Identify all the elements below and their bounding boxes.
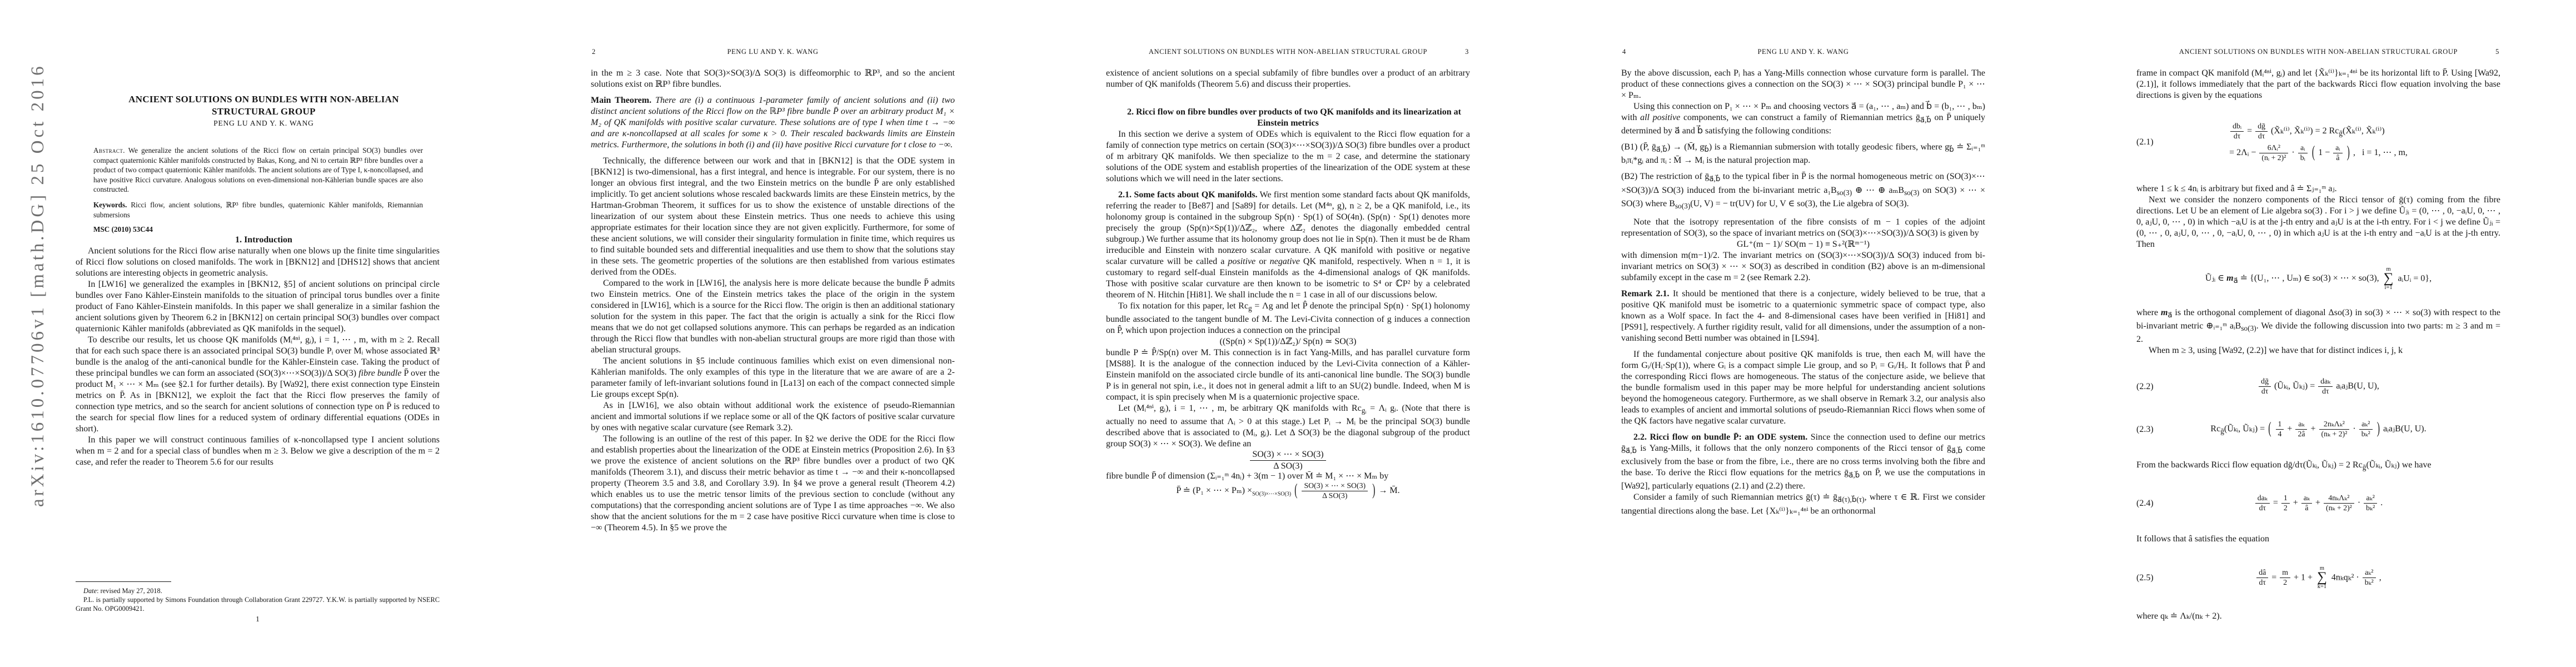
equation-pbar-definition: P̄ ≐ (P₁ × ⋯ × Pₘ) ×SO(3)×⋯×SO(3) ( SO(3… (1106, 482, 1470, 500)
paragraph: To fix notation for this paper, let Rcg … (1106, 301, 1470, 336)
paragraph: with dimension m(m−1)/2. The invariant m… (1621, 250, 1985, 283)
paragraph: Next we consider the nonzero components … (2136, 195, 2500, 250)
paragraph: To describe our results, let us choose Q… (76, 335, 440, 435)
equation-2-5: (2.5) dâdτ = m2 + 1 + m∑k=1 4nₖqₖ² · aₖ²… (2136, 563, 2500, 594)
keywords: Keywords. Ricci flow, ancient solutions,… (93, 200, 423, 220)
fraction: aₖâ (2301, 494, 2312, 512)
abstract-label: Abstract. (93, 146, 125, 155)
paragraph: Technically, the difference between our … (591, 156, 955, 278)
fraction: aₖ2â (2295, 420, 2307, 439)
fraction: dâdτ (2256, 569, 2268, 587)
page-number: 2 (592, 48, 596, 56)
paragraph: where ma⃗ is the orthogonal complement o… (2136, 307, 2500, 345)
paper-title-line-1: ANCIENT SOLUTIONS ON BUNDLES WITH NON-AB… (76, 93, 440, 106)
tensor-subscript: SO(3)×⋯×SO(3) (1252, 491, 1291, 497)
page-1: arXiv:1610.07706v1 [math.DG] 25 Oct 2016… (0, 0, 515, 667)
remark-label: Remark 2.1. (1621, 289, 1669, 298)
running-head: PENG LU AND Y. K. WANG 4 (1621, 48, 1985, 58)
paragraph: As in [LW16], we also obtain without add… (591, 400, 955, 434)
page-number: 1 (76, 615, 440, 624)
arxiv-paper-spread: { "watermark": "arXiv:1610.07706v1 [math… (0, 0, 2576, 667)
equation-number: (2.2) (2136, 381, 2154, 392)
fraction: 14 (2276, 420, 2284, 439)
theorem-label: Main Theorem. (591, 96, 651, 105)
paper-authors: PENG LU AND Y. K. WANG (76, 118, 440, 129)
arxiv-watermark: arXiv:1610.07706v1 [math.DG] 25 Oct 2016 (28, 63, 48, 507)
page-2-content: in the m ≥ 3 case. Note that SO(3)×SO(3)… (591, 68, 955, 534)
paragraph: By the above discussion, each Pᵢ has a Y… (1621, 68, 1985, 101)
condition-b2: (B2) The restriction of ḡa⃗,b⃗ to the ty… (1621, 171, 1985, 212)
paragraph: Using this connection on P₁ × ⋯ × Pₘ and… (1621, 101, 1985, 137)
running-head-title: PENG LU AND Y. K. WANG (591, 48, 955, 56)
equation-2-1: (2.1) dbᵢdτ = dḡdτ (X̃ₖ⁽ⁱ⁾, X̃ₖ⁽ⁱ⁾) = 2 … (2136, 119, 2500, 166)
equation-number: (2.5) (2136, 573, 2154, 584)
page-3-content: existence of ancient solutions on a spec… (1106, 68, 1470, 500)
paragraph: In [LW16] we generalized the examples in… (76, 279, 440, 335)
keywords-label: Keywords. (93, 201, 127, 209)
footnote-date: Date: revised May 27, 2018. (76, 586, 440, 595)
paragraph: frame in compact QK manifold (Mᵢ⁴ⁿⁱ, gᵢ)… (2136, 68, 2500, 101)
paragraph: If the fundamental conjecture about posi… (1621, 349, 1985, 427)
keywords-text: Ricci flow, ancient solutions, ℝP³ fibre… (93, 201, 423, 219)
running-head: ANCIENT SOLUTIONS ON BUNDLES WITH NON-AB… (2136, 48, 2500, 58)
fraction: aᵢbᵢ (2298, 144, 2308, 162)
footnote: Date: revised May 27, 2018. P.L. is part… (76, 578, 440, 614)
fraction: 6Λᵢ²(nᵢ + 2)² (2259, 144, 2288, 162)
fraction: 4nₖΛₖ²(nₖ + 2)² (2324, 494, 2354, 512)
fraction: 2nₖΛₖ²(nₖ + 2)² (2319, 420, 2350, 439)
paragraph: Note that the isotropy representation of… (1621, 217, 1985, 239)
fraction: dḡdτ (2255, 122, 2268, 141)
equation-number: (2.1) (2136, 137, 2154, 148)
paragraph: existence of ancient solutions on a spec… (1106, 68, 1470, 90)
fraction: aᵢâ (2333, 144, 2342, 162)
section-heading-ricci-flow: 2. Ricci flow on fibre bundles over prod… (1106, 107, 1470, 129)
page-2: PENG LU AND Y. K. WANG 2 in the m ≥ 3 ca… (515, 0, 1030, 667)
page-number: 4 (1622, 48, 1626, 56)
fraction: SO(3) × ⋯ × SO(3)Δ SO(3) (1302, 482, 1368, 500)
equation-number: (2.3) (2136, 424, 2154, 435)
abstract: Abstract. We generalize the ancient solu… (93, 146, 423, 195)
page-5-content: frame in compact QK manifold (Mᵢ⁴ⁿⁱ, gᵢ)… (2136, 68, 2500, 622)
running-head: ANCIENT SOLUTIONS ON BUNDLES WITH NON-AB… (1106, 48, 1470, 58)
equation-number: (2.4) (2136, 498, 2154, 509)
running-head: PENG LU AND Y. K. WANG 2 (591, 48, 955, 58)
fraction: aₖ²bₖ² (2363, 569, 2376, 587)
paragraph: bundle P ≐ P̂/Sp(n) over M. This connect… (1106, 347, 1470, 403)
paragraph: Compared to the work in [LW16], the anal… (591, 278, 955, 356)
section-heading-introduction: 1. Introduction (76, 235, 440, 246)
paper-title-line-2: STRUCTURAL GROUP (76, 106, 440, 118)
paragraph: in the m ≥ 3 case. Note that SO(3)×SO(3)… (591, 68, 955, 90)
paragraph: From the backwards Ricci flow equation d… (2136, 460, 2500, 473)
paragraph: where 1 ≤ k ≤ 4nᵢ is arbitrary but fixed… (2136, 183, 2500, 195)
page-5: ANCIENT SOLUTIONS ON BUNDLES WITH NON-AB… (2061, 0, 2576, 667)
fraction: m2 (2280, 569, 2290, 587)
equation-gl-quotient: GL⁺(m − 1)/ SO(m − 1) ≡ S₊²(ℝᵐ⁻¹) (1621, 239, 1985, 250)
condition-b1: (B1) (P̄, ḡa⃗,b⃗) → (M̄, gb⃗) is a Riema… (1621, 142, 1985, 166)
page-3: ANCIENT SOLUTIONS ON BUNDLES WITH NON-AB… (1030, 0, 1546, 667)
paragraph: where qₖ ≐ Λₖ/(nₖ + 2). (2136, 611, 2500, 622)
abstract-text: We generalize the ancient solutions of t… (93, 146, 423, 193)
fraction: daₖdτ (2318, 377, 2333, 396)
fraction: aₖ²bₖ² (2364, 494, 2377, 512)
page-number: 3 (1465, 48, 1469, 56)
page-number: 5 (2495, 48, 2499, 56)
paragraph: Ancient solutions for the Ricci flow ari… (76, 246, 440, 279)
main-theorem: Main Theorem. There are (i) a continuous… (591, 95, 955, 151)
paragraph: fibre bundle P̄ of dimension (Σᵢ₌₁ᵐ 4nᵢ)… (1106, 471, 1470, 482)
fraction: dḡdτ (2259, 377, 2271, 396)
fraction: SO(3) × ⋯ × SO(3)Δ SO(3) (1250, 450, 1326, 471)
equation-2-3: (2.3) Rcḡ(Ũₖᵢ, Ũₖⱼ) = ( 14 + aₖ2â + 2nₖΛ… (2136, 417, 2500, 442)
paragraph: It follows that â satisfies the equation (2136, 534, 2500, 545)
fraction: 12 (2281, 494, 2290, 512)
paragraph: The following is an outline of the rest … (591, 434, 955, 534)
running-head-title: ANCIENT SOLUTIONS ON BUNDLES WITH NON-AB… (1106, 48, 1470, 56)
page-4: PENG LU AND Y. K. WANG 4 By the above di… (1546, 0, 2061, 667)
paragraph: Let (Mᵢ⁴ⁿⁱ, gᵢ), i = 1, ⋯ , m, be arbitr… (1106, 403, 1470, 450)
equation-mbar: Ũⱼᵢ ∈ ma⃗ ≐ {(U₁, ⋯ , Uₘ) ∈ so(3) × ⋯ × … (2136, 267, 2500, 291)
subsection-label: 2.1. Some facts about QK manifolds. (1118, 190, 1257, 200)
footnote-rule (76, 581, 171, 582)
sum-operator: m∑k=1 (2317, 566, 2327, 590)
running-head-title: ANCIENT SOLUTIONS ON BUNDLES WITH NON-AB… (2136, 48, 2500, 56)
page-1-content: ANCIENT SOLUTIONS ON BUNDLES WITH NON-AB… (76, 93, 440, 468)
paragraph: The ancient solutions in §5 include cont… (591, 356, 955, 400)
footnote-support: P.L. is partially supported by Simons Fo… (76, 595, 440, 613)
running-head-title: PENG LU AND Y. K. WANG (1621, 48, 1985, 56)
paragraph: When m ≥ 3, using [Wa92, (2.2)] we have … (2136, 345, 2500, 356)
remark-2-1: Remark 2.1. It should be mentioned that … (1621, 288, 1985, 344)
subsection-label: 2.2. Ricci flow on bundle P̄: an ODE sys… (1633, 432, 1807, 442)
paragraph: In this paper we will construct continuo… (76, 435, 440, 468)
fraction: dbᵢdτ (2230, 122, 2244, 141)
equation-fibre-quotient: SO(3) × ⋯ × SO(3)Δ SO(3) (1106, 450, 1470, 471)
paragraph: In this section we derive a system of OD… (1106, 129, 1470, 185)
fraction: daₖdτ (2255, 494, 2270, 512)
equation-2-2: (2.2) dḡdτ (Ũₖᵢ, Ũₖⱼ) = daₖdτ aᵢaⱼB(U, U… (2136, 374, 2500, 399)
sum-operator: m∑i=1 (2384, 267, 2394, 291)
equation-quotient: ((Sp(n) × Sp(1))/Δℤ₂)/ Sp(n) ≃ SO(3) (1106, 336, 1470, 347)
subsection-2-2: 2.2. Ricci flow on bundle P̄: an ODE sys… (1621, 432, 1985, 492)
msc-line: MSC (2010) 53C44 (93, 225, 423, 235)
paragraph: Consider a family of such Riemannian met… (1621, 492, 1985, 516)
fraction: aₖ²bₖ² (2359, 420, 2373, 439)
subsection-2-1: 2.1. Some facts about QK manifolds. We f… (1106, 190, 1470, 301)
page-4-content: By the above discussion, each Pᵢ has a Y… (1621, 68, 1985, 517)
equation-2-4: (2.4) daₖdτ = 12 + aₖâ + 4nₖΛₖ²(nₖ + 2)²… (2136, 491, 2500, 516)
